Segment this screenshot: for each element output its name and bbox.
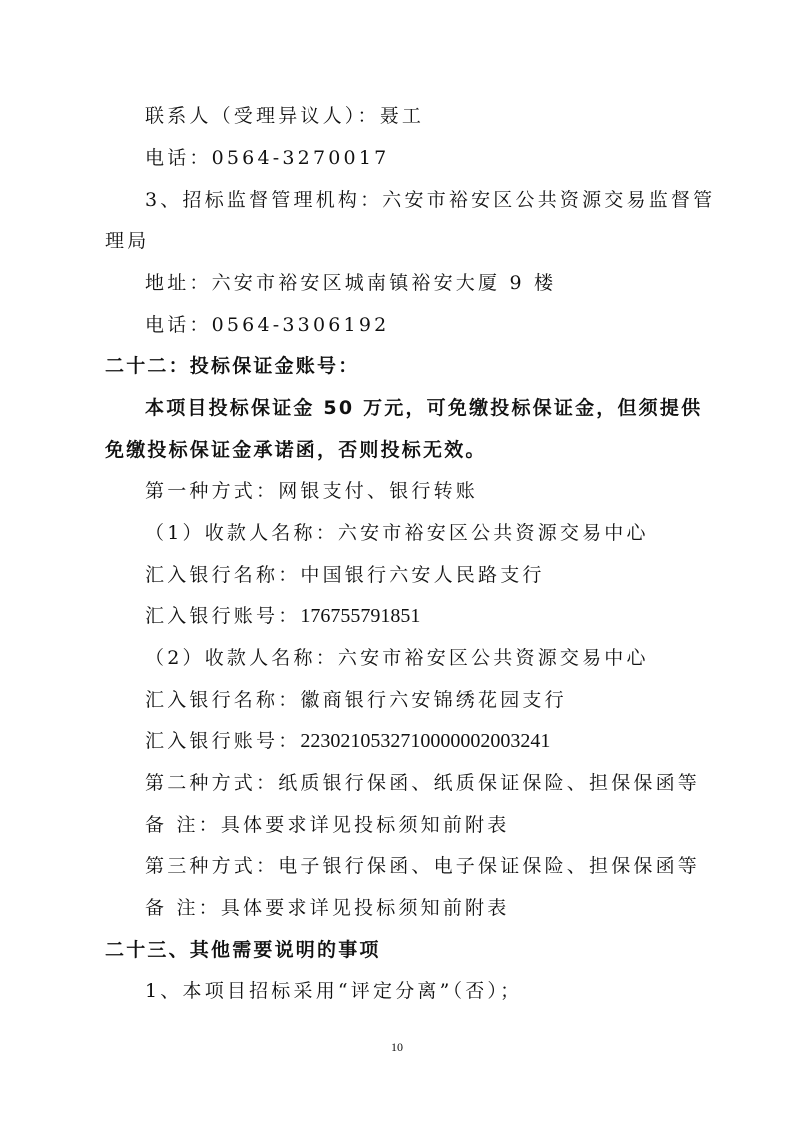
method-2-line: 第二种方式：纸质银行保函、纸质保证保险、担保保函等 [145, 770, 700, 796]
bank-account-number: 176755791851 [300, 605, 420, 627]
address-line: 地址：六安市裕安区城南镇裕安大厦 9 楼 [145, 270, 556, 296]
bank-account-label: 汇入银行账号： [145, 605, 300, 627]
deposit-notice-line-cont: 免缴投标保证金承诺函，否则投标无效。 [105, 437, 487, 463]
section-heading-22: 二十二：投标保证金账号： [105, 353, 359, 379]
bank-account-label: 汇入银行账号： [145, 730, 300, 752]
bank-account-1-line: 汇入银行账号：176755791851 [145, 603, 420, 629]
section-heading-23: 二十三、其他需要说明的事项 [105, 937, 381, 963]
supervision-agency-line-cont: 理局 [105, 228, 149, 254]
bank-name-1-line: 汇入银行名称：中国银行六安人民路支行 [145, 562, 545, 588]
method-3-line: 第三种方式：电子银行保函、电子保证保险、担保保函等 [145, 853, 700, 879]
method-1-line: 第一种方式：网银支付、银行转账 [145, 478, 478, 504]
contact-phone-line: 电话：0564-3270017 [145, 145, 389, 171]
item-1-line: 1、本项目招标采用“评定分离”（否）； [145, 978, 522, 1004]
note-2-line: 备 注：具体要求详见投标须知前附表 [145, 895, 509, 921]
payee-2-line: （2）收款人名称：六安市裕安区公共资源交易中心 [145, 645, 649, 671]
deposit-notice-line: 本项目投标保证金 50 万元，可免缴投标保证金，但须提供 [145, 395, 702, 421]
contact-person-line: 联系人（受理异议人）：聂工 [145, 103, 424, 129]
note-1-line: 备 注：具体要求详见投标须知前附表 [145, 812, 509, 838]
page-number: 10 [0, 1040, 794, 1055]
bank-account-2-line: 汇入银行账号：2230210532710000002003241 [145, 728, 550, 754]
bank-account-number: 2230210532710000002003241 [300, 730, 550, 752]
supervision-phone-line: 电话：0564-3306192 [145, 312, 389, 338]
supervision-agency-line: 3、招标监督管理机构：六安市裕安区公共资源交易监督管 [145, 187, 715, 213]
bank-name-2-line: 汇入银行名称：徽商银行六安锦绣花园支行 [145, 687, 567, 713]
payee-1-line: （1）收款人名称：六安市裕安区公共资源交易中心 [145, 520, 649, 546]
